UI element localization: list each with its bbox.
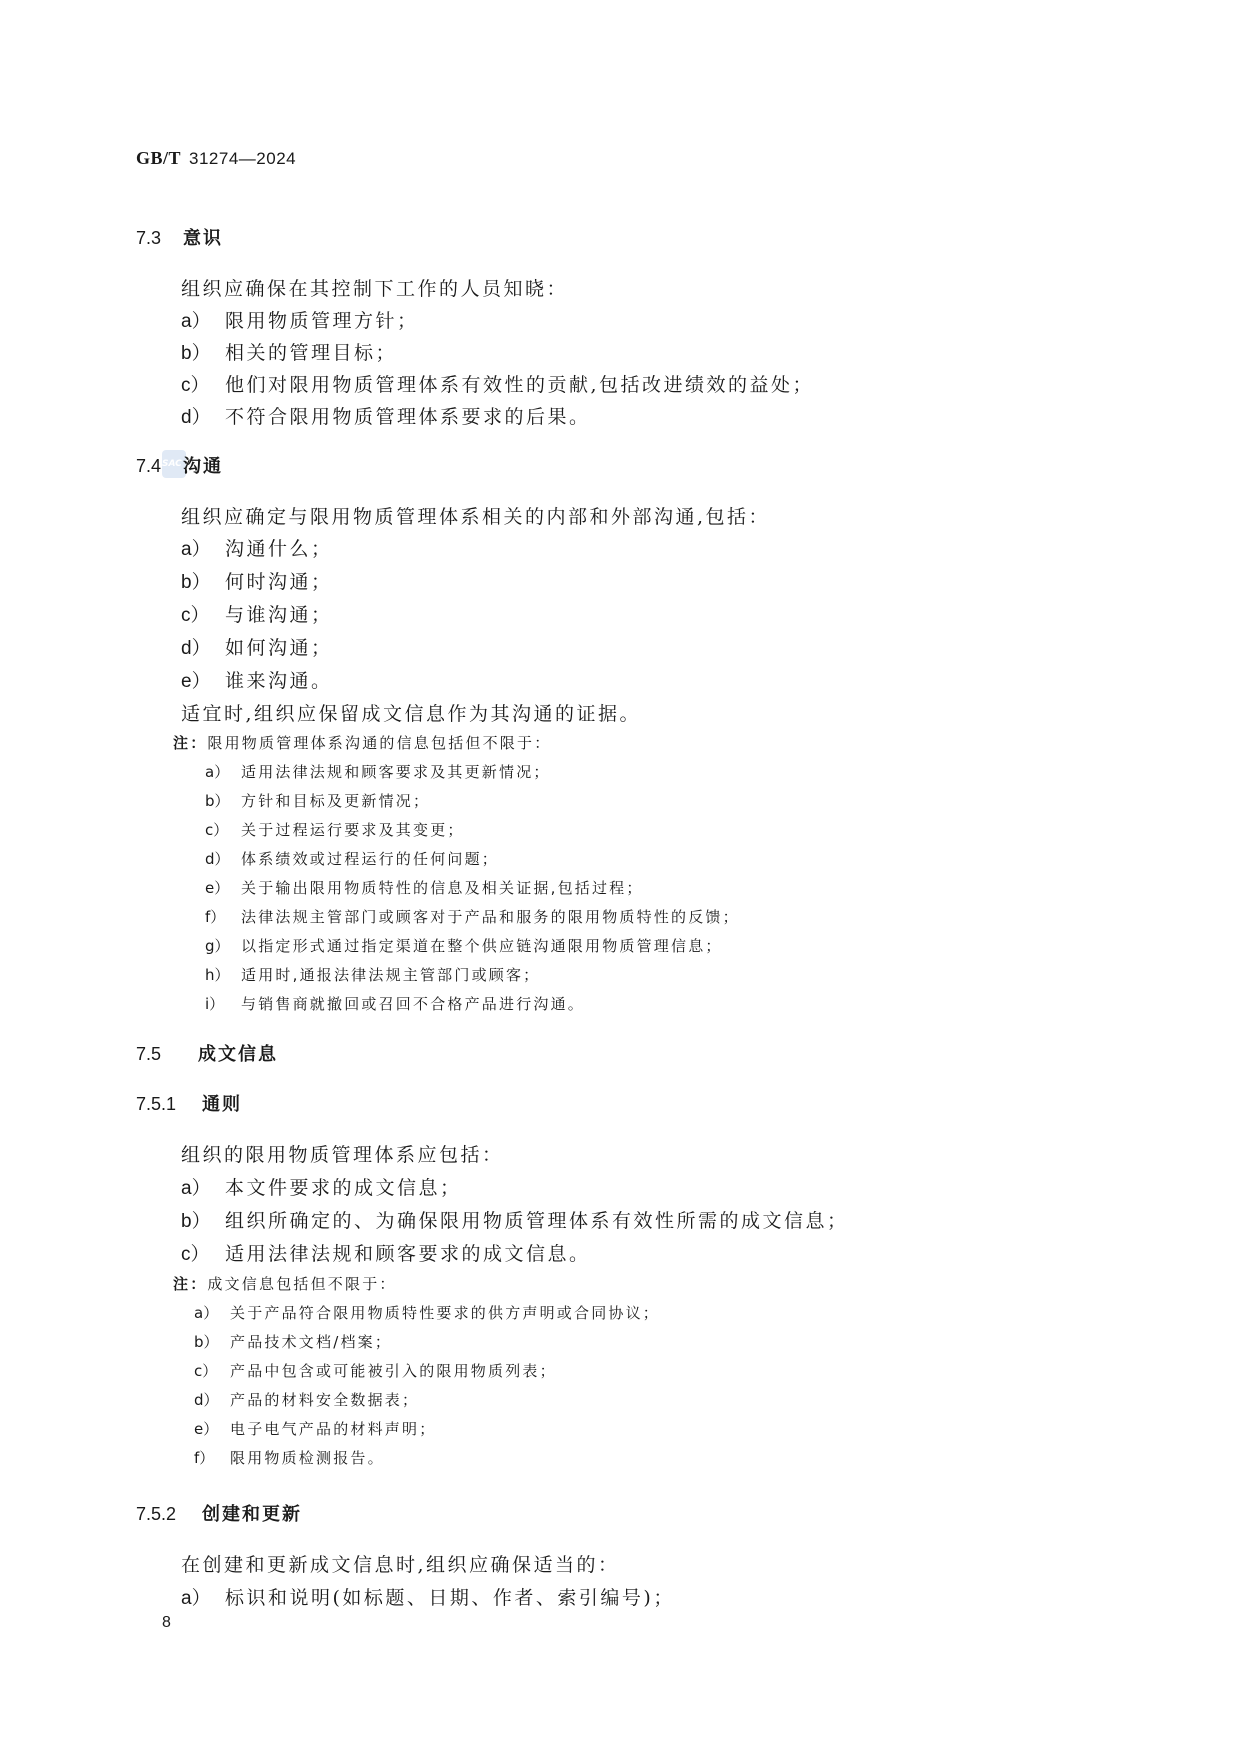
note-item-text: 法律法规主管部门或顾客对于产品和服务的限用物质特性的反馈；	[241, 908, 740, 926]
list-text: 谁来沟通。	[225, 670, 333, 692]
list-text: 标识和说明(如标题、日期、作者、索引编号)；	[225, 1587, 675, 1609]
note-item: i）与销售商就撤回或召回不合格产品进行沟通。	[205, 993, 585, 1014]
list-text: 相关的管理目标；	[225, 342, 397, 364]
note-marker: f）	[194, 1447, 230, 1468]
note-header: 注：成文信息包括但不限于：	[173, 1273, 397, 1294]
list-marker: b）	[181, 567, 225, 594]
note-marker: i）	[205, 993, 241, 1014]
note-item: g）以指定形式通过指定渠道在整个供应链沟通限用物质管理信息；	[205, 935, 723, 956]
section-heading-7-5-1: 7.5.1通则	[136, 1090, 242, 1116]
list-marker: d）	[181, 402, 225, 429]
list-item: b）组织所确定的、为确保限用物质管理体系有效性所需的成文信息；	[181, 1206, 849, 1233]
list-item: d）如何沟通；	[181, 633, 333, 660]
list-item: a）本文件要求的成文信息；	[181, 1173, 462, 1200]
note-marker: f）	[205, 906, 241, 927]
list-item: b）相关的管理目标；	[181, 338, 397, 365]
section-number: 7.3	[136, 228, 183, 249]
section-title: 意识	[183, 228, 223, 249]
note-item-text: 体系绩效或过程运行的任何问题；	[241, 850, 499, 868]
note-marker: b）	[194, 1331, 230, 1352]
note-item: c）产品中包含或可能被引入的限用物质列表；	[194, 1360, 557, 1381]
standard-header: GB/T31274—2024	[136, 148, 296, 169]
note-marker: a）	[205, 761, 241, 782]
list-marker: a）	[181, 1173, 225, 1200]
section-heading-7-5: 7.5成文信息	[136, 1040, 278, 1066]
document-page: GB/T31274—2024 7.3意识 组织应确保在其控制下工作的人员知晓： …	[0, 0, 1241, 1754]
list-text: 组织所确定的、为确保限用物质管理体系有效性所需的成文信息；	[225, 1210, 849, 1232]
note-item-text: 关于过程运行要求及其变更；	[241, 821, 465, 839]
list-marker: c）	[181, 370, 225, 397]
list-item: a）限用物质管理方针；	[181, 306, 419, 333]
note-marker: h）	[205, 964, 241, 985]
note-item-text: 产品的材料安全数据表；	[230, 1391, 419, 1409]
note-item: d）产品的材料安全数据表；	[194, 1389, 419, 1410]
section-number: 7.5.2	[136, 1504, 202, 1525]
note-item: h）适用时,通报法律法规主管部门或顾客；	[205, 964, 540, 985]
note-marker: e）	[205, 877, 241, 898]
section-title: 通则	[202, 1094, 242, 1115]
note-item-text: 关于输出限用物质特性的信息及相关证据,包括过程；	[241, 879, 644, 897]
list-text: 本文件要求的成文信息；	[225, 1177, 462, 1199]
page-number: 8	[162, 1614, 171, 1632]
standard-prefix: GB/T	[136, 148, 181, 168]
note-label: 注：	[173, 1275, 207, 1293]
paragraph-intro: 组织应确保在其控制下工作的人员知晓：	[181, 274, 568, 301]
list-item: a）标识和说明(如标题、日期、作者、索引编号)；	[181, 1583, 675, 1610]
section-title: 创建和更新	[202, 1504, 302, 1525]
list-text: 他们对限用物质管理体系有效性的贡献,包括改进绩效的益处；	[225, 374, 814, 396]
note-marker: g）	[205, 935, 241, 956]
note-marker: a）	[194, 1302, 230, 1323]
note-item: e）关于输出限用物质特性的信息及相关证据,包括过程；	[205, 877, 644, 898]
note-item: c）关于过程运行要求及其变更；	[205, 819, 465, 840]
note-marker: c）	[205, 819, 241, 840]
list-text: 与谁沟通；	[225, 604, 333, 626]
section-title: 沟通	[183, 456, 223, 477]
list-item: b）何时沟通；	[181, 567, 333, 594]
note-item-text: 关于产品符合限用物质特性要求的供方声明或合同协议；	[230, 1304, 660, 1322]
list-item: c）与谁沟通；	[181, 600, 333, 627]
list-text: 限用物质管理方针；	[225, 310, 419, 332]
section-number: 7.5	[136, 1044, 198, 1065]
note-item-text: 适用时,通报法律法规主管部门或顾客；	[241, 966, 540, 984]
standard-number: 31274—2024	[189, 149, 296, 168]
note-item: a）适用法律法规和顾客要求及其更新情况；	[205, 761, 551, 782]
note-item-text: 方针和目标及更新情况；	[241, 792, 430, 810]
note-text: 成文信息包括但不限于：	[207, 1275, 396, 1293]
note-item-text: 电子电气产品的材料声明；	[230, 1420, 436, 1438]
section-heading-7-5-2: 7.5.2创建和更新	[136, 1500, 302, 1526]
note-item: b）方针和目标及更新情况；	[205, 790, 430, 811]
list-marker: c）	[181, 1239, 225, 1266]
list-marker: e）	[181, 666, 225, 693]
note-item: a）关于产品符合限用物质特性要求的供方声明或合同协议；	[194, 1302, 660, 1323]
paragraph-intro: 组织的限用物质管理体系应包括：	[181, 1140, 504, 1167]
list-marker: a）	[181, 1583, 225, 1610]
list-text: 何时沟通；	[225, 571, 333, 593]
list-text: 适用法律法规和顾客要求的成文信息。	[225, 1243, 591, 1265]
note-item-text: 产品中包含或可能被引入的限用物质列表；	[230, 1362, 557, 1380]
note-item-text: 与销售商就撤回或召回不合格产品进行沟通。	[241, 995, 585, 1013]
paragraph-closing: 适宜时,组织应保留成文信息作为其沟通的证据。	[181, 699, 641, 726]
note-marker: b）	[205, 790, 241, 811]
list-item: d）不符合限用物质管理体系要求的后果。	[181, 402, 591, 429]
note-item: f）限用物质检测报告。	[194, 1447, 385, 1468]
list-text: 沟通什么；	[225, 538, 333, 560]
section-heading-7-3: 7.3意识	[136, 224, 223, 250]
list-marker: b）	[181, 1206, 225, 1233]
note-item: b）产品技术文档/档案；	[194, 1331, 392, 1352]
list-marker: a）	[181, 534, 225, 561]
list-item: c）适用法律法规和顾客要求的成文信息。	[181, 1239, 591, 1266]
list-marker: d）	[181, 633, 225, 660]
note-item: d）体系绩效或过程运行的任何问题；	[205, 848, 499, 869]
note-marker: d）	[194, 1389, 230, 1410]
note-marker: e）	[194, 1418, 230, 1439]
section-heading-7-4: 7.4沟通	[136, 452, 223, 478]
section-number: 7.5.1	[136, 1094, 202, 1115]
list-marker: b）	[181, 338, 225, 365]
note-item-text: 适用法律法规和顾客要求及其更新情况；	[241, 763, 551, 781]
note-text: 限用物质管理体系沟通的信息包括但不限于：	[207, 734, 551, 752]
note-marker: c）	[194, 1360, 230, 1381]
list-marker: c）	[181, 600, 225, 627]
list-text: 不符合限用物质管理体系要求的后果。	[225, 406, 591, 428]
list-marker: a）	[181, 306, 225, 333]
note-item: f）法律法规主管部门或顾客对于产品和服务的限用物质特性的反馈；	[205, 906, 740, 927]
note-header: 注：限用物质管理体系沟通的信息包括但不限于：	[173, 732, 551, 753]
note-item-text: 产品技术文档/档案；	[230, 1333, 392, 1351]
note-item-text: 以指定形式通过指定渠道在整个供应链沟通限用物质管理信息；	[241, 937, 723, 955]
note-marker: d）	[205, 848, 241, 869]
list-item: e）谁来沟通。	[181, 666, 333, 693]
paragraph-intro: 在创建和更新成文信息时,组织应确保适当的：	[181, 1550, 620, 1577]
section-number: 7.4	[136, 456, 183, 477]
list-text: 如何沟通；	[225, 637, 333, 659]
list-item: c）他们对限用物质管理体系有效性的贡献,包括改进绩效的益处；	[181, 370, 814, 397]
note-item-text: 限用物质检测报告。	[230, 1449, 385, 1467]
list-item: a）沟通什么；	[181, 534, 333, 561]
note-item: e）电子电气产品的材料声明；	[194, 1418, 436, 1439]
paragraph-intro: 组织应确定与限用物质管理体系相关的内部和外部沟通,包括：	[181, 502, 770, 529]
section-title: 成文信息	[198, 1044, 278, 1065]
note-label: 注：	[173, 734, 207, 752]
